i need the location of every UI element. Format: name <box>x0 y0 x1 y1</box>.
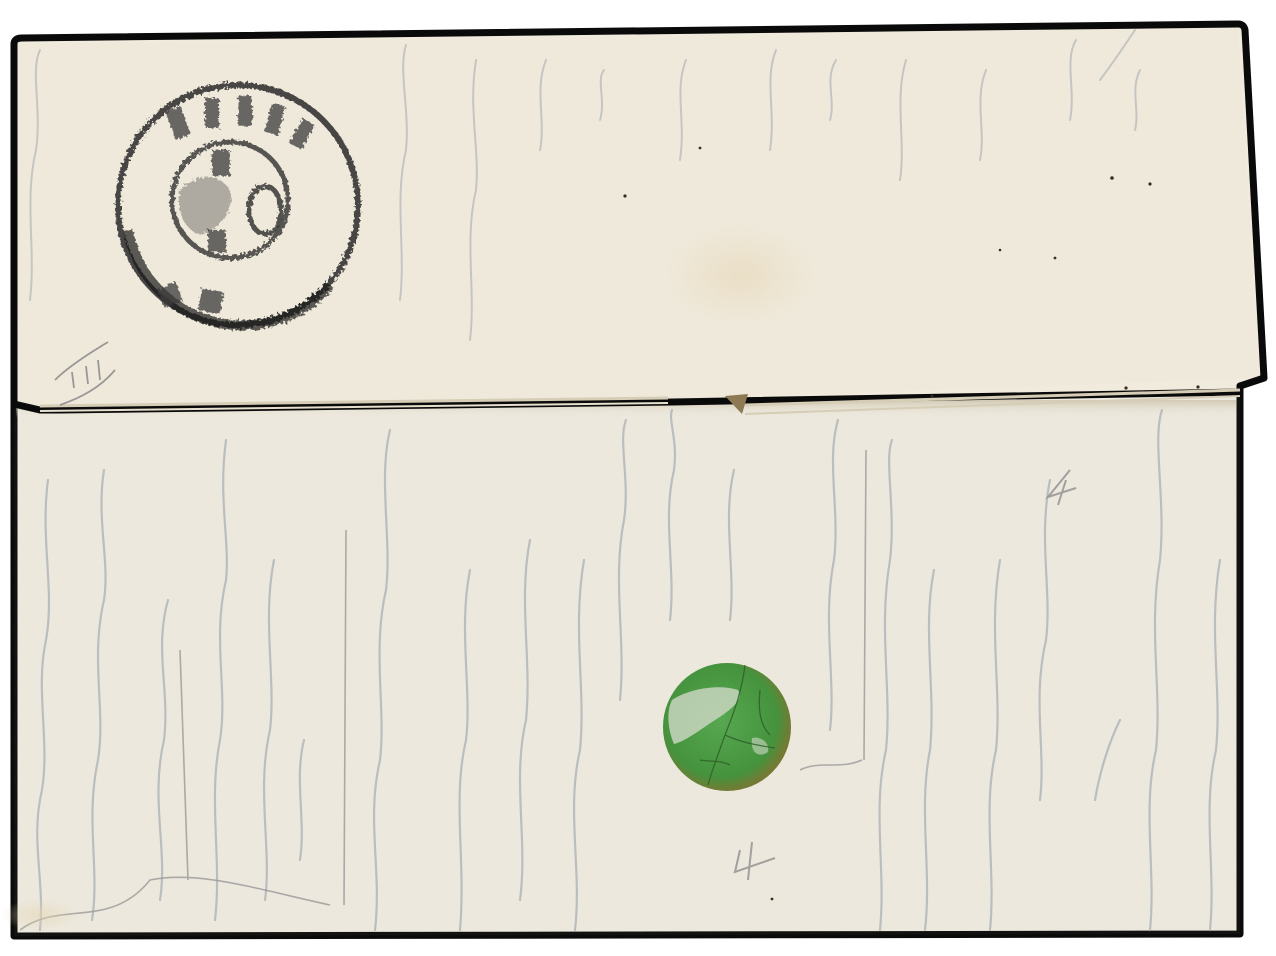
letter-photo: Folded letter back with black double-cir… <box>0 0 1276 956</box>
green-wafer-seal <box>663 663 791 791</box>
stain-flap <box>665 225 815 325</box>
letter-illustration <box>0 0 1276 956</box>
stain-lower-left <box>0 899 80 931</box>
letter-sheet <box>14 388 1240 936</box>
